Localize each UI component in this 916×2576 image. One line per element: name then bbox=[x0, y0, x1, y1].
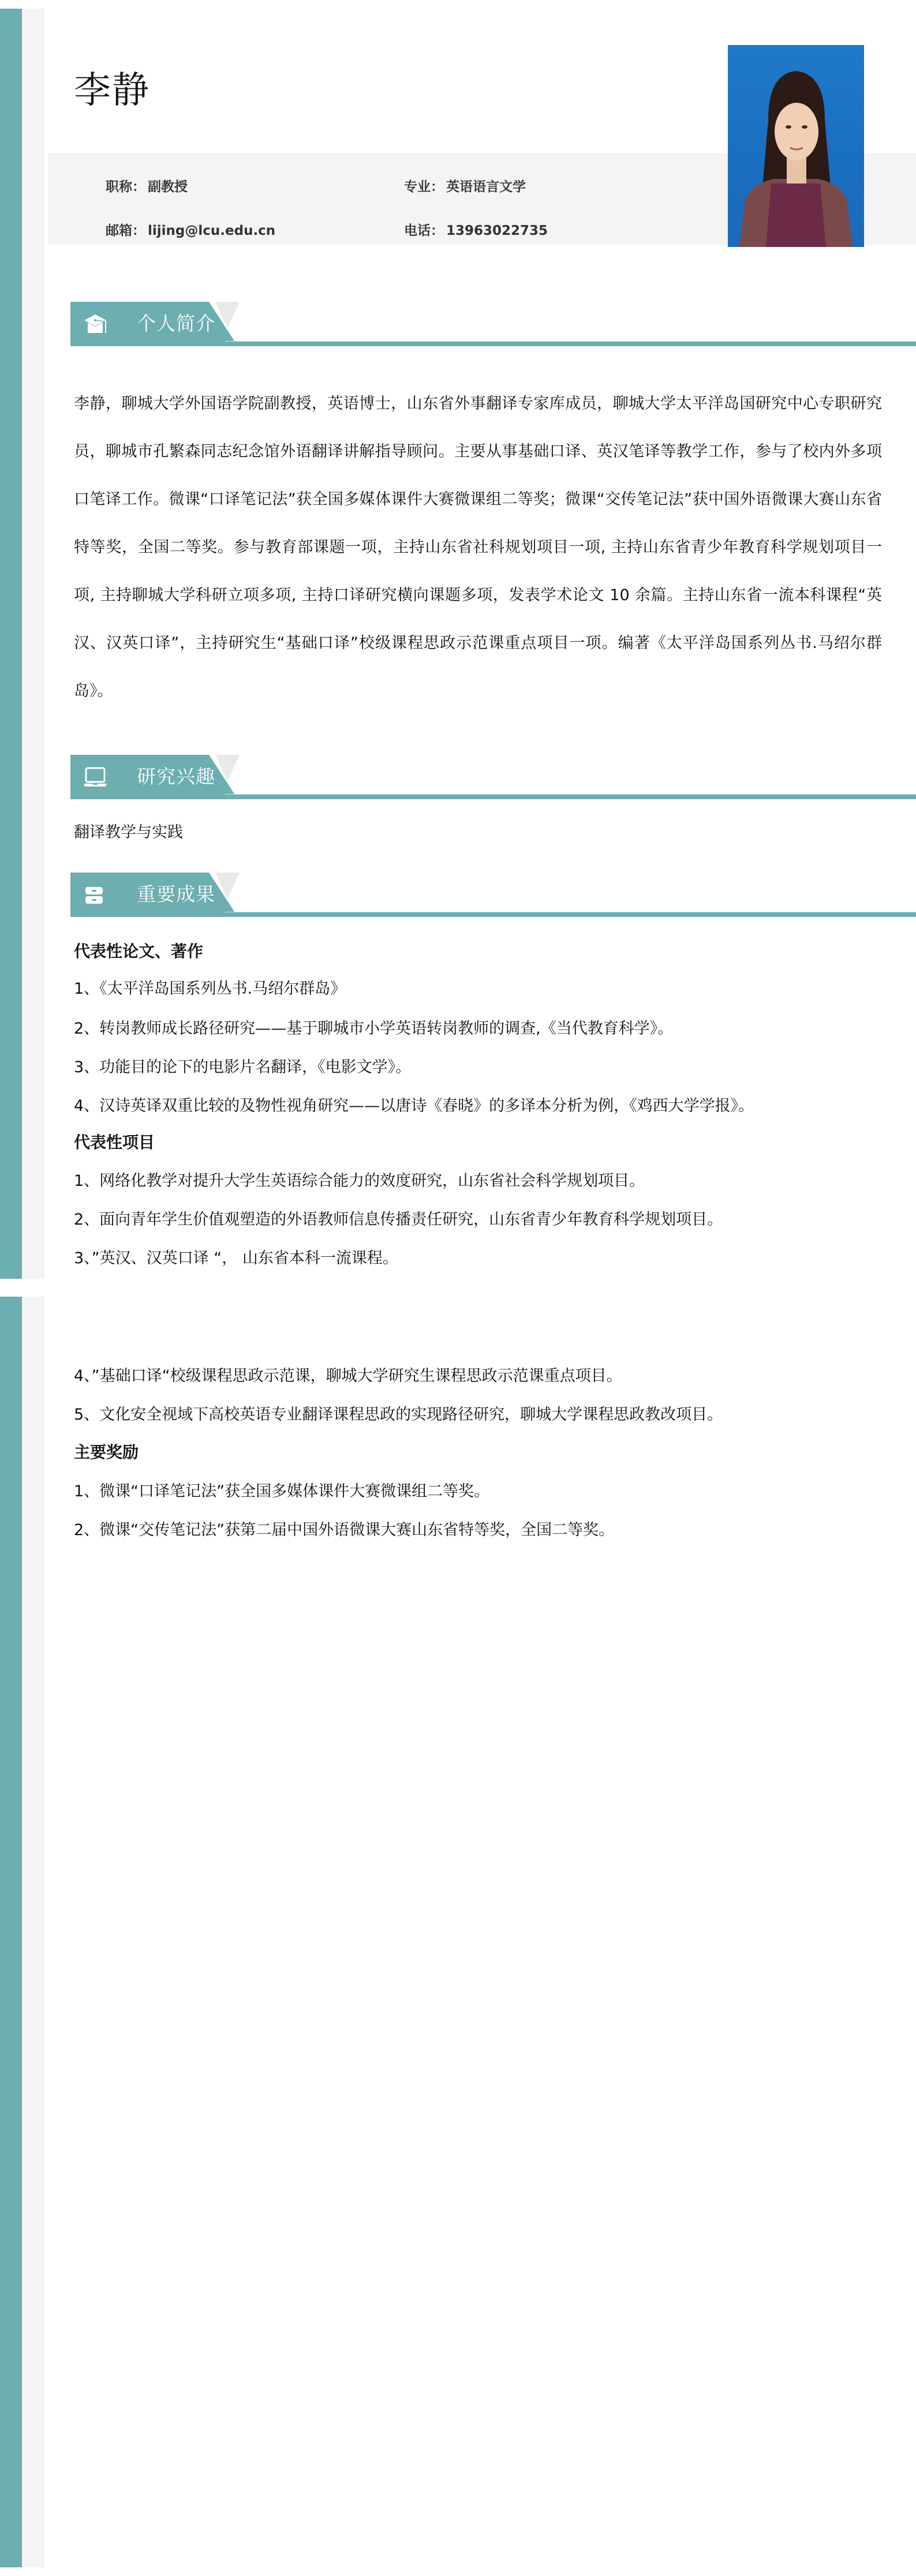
info-title-label: 职称： bbox=[106, 179, 145, 194]
archive-drawer-icon bbox=[83, 884, 107, 906]
info-email-value[interactable]: lijing@lcu.edu.cn bbox=[148, 223, 275, 238]
left-gray-strip bbox=[22, 1297, 44, 2567]
awards-subheading: 主要奖励 bbox=[74, 1441, 139, 1464]
papers-subheading: 代表性论文、著作 bbox=[74, 940, 203, 963]
resume-page-1: 李静 职称：副教授 专业：英语语言文学 邮箱：lijing@lcu.edu.cn… bbox=[0, 9, 916, 1279]
info-title-value: 副教授 bbox=[148, 179, 188, 194]
project-item: 3、”英汉、汉英口译 “， 山东省本科一流课程。 bbox=[74, 1247, 398, 1270]
paper-item: 2、转岗教师成长路径研究——基于聊城市小学英语转岗教师的调查,《当代教育科学》。 bbox=[74, 1017, 673, 1040]
projects-subheading: 代表性项目 bbox=[74, 1131, 155, 1154]
left-gray-strip bbox=[22, 9, 44, 1279]
info-phone-value: 13963022735 bbox=[446, 223, 548, 238]
info-phone: 电话：13963022735 bbox=[404, 220, 548, 239]
project-item: 4、”基础口译“校级课程思政示范课，聊城大学研究生课程思政示范课重点项目。 bbox=[74, 1365, 622, 1388]
info-major: 专业：英语语言文学 bbox=[404, 176, 526, 195]
paper-item: 1、《太平洋岛国系列丛书.马绍尔群岛》 bbox=[74, 978, 346, 1001]
project-item: 2、面向青年学生价值观塑造的外语教师信息传播责任研究，山东省青少年教育科学规划项… bbox=[74, 1208, 723, 1231]
section-title-research: 研究兴趣 bbox=[137, 765, 215, 788]
left-accent-bar bbox=[0, 9, 22, 1279]
project-item: 1、网络化教学对提升大学生英语综合能力的效度研究，山东省社会科学规划项目。 bbox=[74, 1170, 645, 1193]
resume-page-2: 4、”基础口译“校级课程思政示范课，聊城大学研究生课程思政示范课重点项目。 5、… bbox=[0, 1297, 916, 2567]
paper-item: 4、汉诗英译双重比较的及物性视角研究——以唐诗《春晓》的多译本分析为例，《鸡西大… bbox=[74, 1095, 754, 1118]
award-item: 1、微课“口译笔记法”获全国多媒体课件大赛微课组二等奖。 bbox=[74, 1480, 489, 1503]
person-name: 李静 bbox=[74, 72, 150, 109]
project-item: 5、文化安全视域下高校英语专业翻译课程思政的实现路径研究，聊城大学课程思政教改项… bbox=[74, 1403, 723, 1426]
section-title-achievements: 重要成果 bbox=[137, 883, 215, 906]
section-title-profile: 个人简介 bbox=[137, 312, 215, 335]
info-title: 职称：副教授 bbox=[106, 176, 188, 195]
section-header-rule bbox=[226, 795, 916, 799]
section-header-achievements: 重要成果 bbox=[70, 873, 916, 917]
research-text: 翻译教学与实践 bbox=[74, 821, 183, 844]
info-major-label: 专业： bbox=[404, 179, 444, 194]
left-accent-bar bbox=[0, 1297, 22, 2567]
info-major-value: 英语语言文学 bbox=[446, 179, 526, 194]
profile-text: 李静，聊城大学外国语学院副教授，英语博士，山东省外事翻译专家库成员，聊城大学太平… bbox=[74, 380, 882, 715]
paper-item: 3、功能目的论下的电影片名翻译，《电影文学》。 bbox=[74, 1056, 411, 1079]
portrait-photo bbox=[728, 45, 864, 247]
laptop-icon bbox=[83, 766, 107, 788]
section-header-rule bbox=[226, 912, 916, 917]
graduation-cap-icon bbox=[83, 313, 107, 335]
info-phone-label: 电话： bbox=[404, 223, 444, 238]
section-header-rule bbox=[226, 342, 916, 346]
section-header-profile: 个人简介 bbox=[70, 302, 916, 346]
info-email-label: 邮箱： bbox=[106, 223, 145, 238]
section-header-research: 研究兴趣 bbox=[70, 755, 916, 799]
portrait-illustration bbox=[728, 45, 864, 247]
award-item: 2、微课“交传笔记法”获第二届中国外语微课大赛山东省特等奖，全国二等奖。 bbox=[74, 1519, 614, 1542]
info-email: 邮箱：lijing@lcu.edu.cn bbox=[106, 220, 275, 239]
